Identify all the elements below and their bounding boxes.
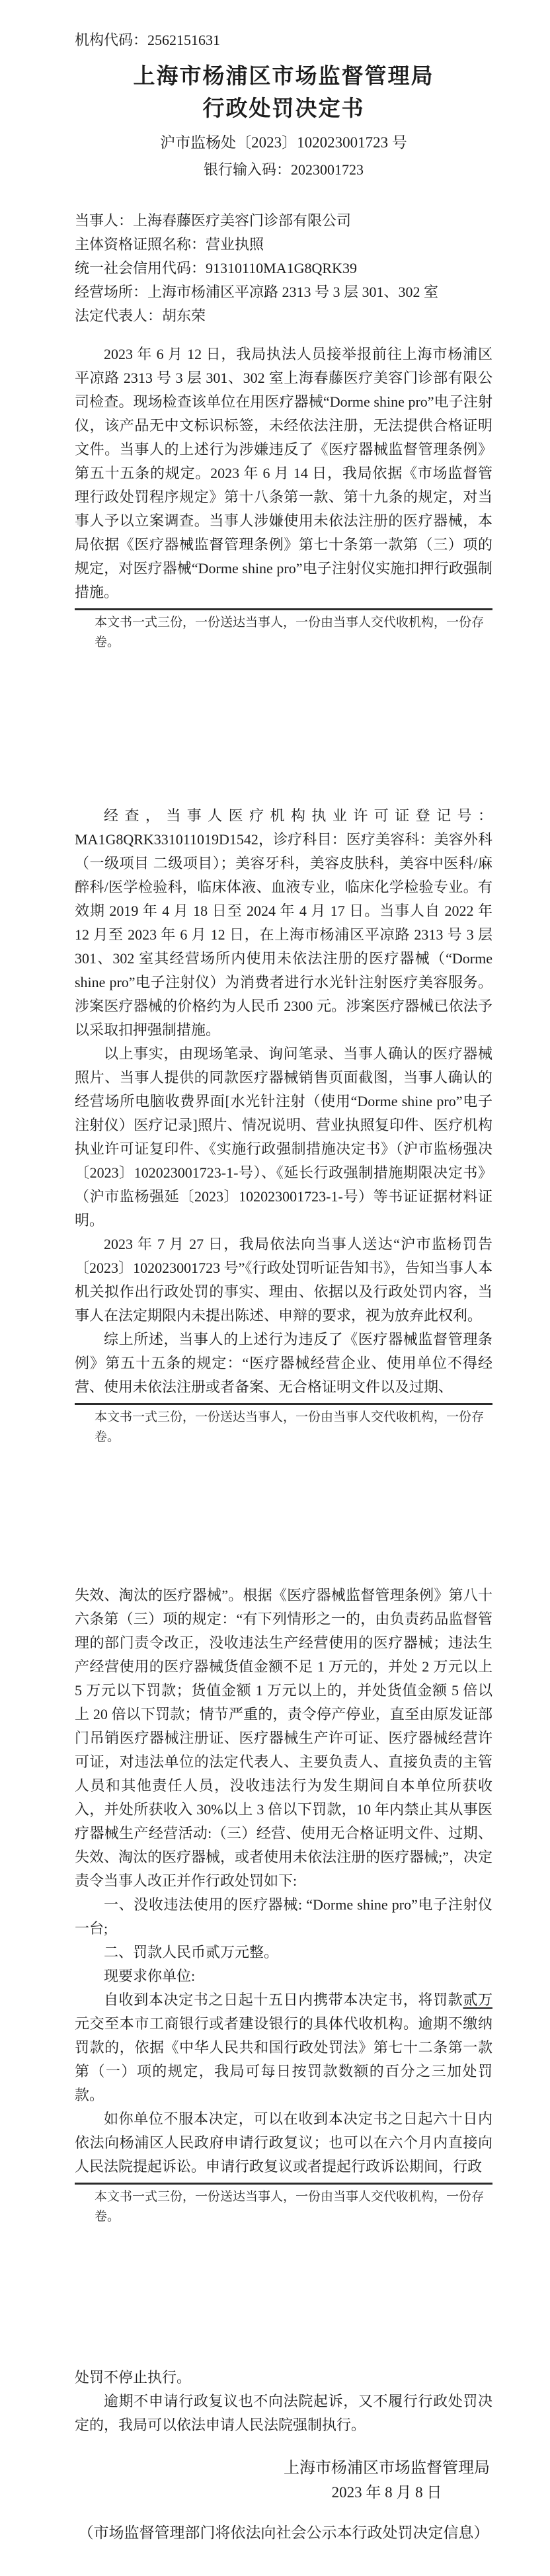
paragraph-appeal-part2: 处罚不停止执行。 [75, 2366, 492, 2390]
org-code: 机构代码：2562151631 [75, 0, 492, 50]
payment-text-pre: 自收到本决定书之日起十五日内携带本决定书，将罚款 [104, 1992, 463, 2008]
party-legal-representative: 法定代表人：胡东荣 [75, 304, 492, 328]
paragraph-conclusion-part1: 综上所述，当事人的上述行为违反了《医疗器械监督管理条例》第五十五条的规定：“医疗… [75, 1328, 492, 1399]
footer-divider-line [75, 2183, 492, 2185]
page-1-content: 机构代码：2562151631 上海市杨浦区市场监督管理局行政处罚决定书 沪市监… [0, 0, 550, 653]
payment-text-post: 元交至本市工商银行或者建设银行的具体代收机构。逾期不缴纳罚款的，依据《中华人民共… [75, 2015, 492, 2103]
bank-input-code: 银行输入码：2023001723 [75, 160, 492, 180]
copy-distribution-note: 本文书一式三份，一份送达当事人，一份由当事人交代收机构，一份存卷。 [75, 1408, 492, 1447]
payment-amount-underlined: 贰万 [463, 1992, 492, 2008]
paragraph-requirement: 现要求你单位: [75, 1964, 492, 1988]
page-1-footer: 本文书一式三份，一份送达当事人，一份由当事人交代收机构，一份存卷。 [75, 608, 492, 653]
party-license-type: 主体资格证照名称：营业执照 [75, 233, 492, 257]
document-title-type: 行政处罚决定书 [203, 97, 365, 121]
page-3-content: 失效、淘汰的医疗器械”。根据《医疗器械监督管理条例》第八十六条第（三）项的规定：… [0, 1584, 550, 2227]
signature-block: 上海市杨浦区市场监督管理局 2023 年 8 月 8 日 [281, 2456, 492, 2505]
page-4: 处罚不停止执行。 逾期不申请行政复议也不向法院起诉，又不履行行政处罚决定的，我局… [0, 2366, 550, 2576]
paragraph-license-check: 经查，当事人医疗机构执业许可证登记号：MA1G8QRK331011019D154… [75, 804, 492, 1042]
page-2: 经查，当事人医疗机构执业许可证登记号：MA1G8QRK331011019D154… [0, 804, 550, 1584]
page-3: 失效、淘汰的医疗器械”。根据《医疗器械监督管理条例》第八十六条第（三）项的规定：… [0, 1584, 550, 2366]
page-2-footer: 本文书一式三份，一份送达当事人，一份由当事人交代收机构，一份存卷。 [75, 1403, 492, 1447]
copy-distribution-note: 本文书一式三份，一份送达当事人，一份由当事人交代收机构，一份存卷。 [75, 2187, 492, 2227]
page-4-content: 处罚不停止执行。 逾期不申请行政复议也不向法院起诉，又不履行行政处罚决定的，我局… [0, 2366, 550, 2544]
paragraph-evidence: 以上事实，由现场笔录、询问笔录、当事人确认的医疗器械照片、当事人提供的同款医疗器… [75, 1042, 492, 1232]
paragraph-appeal-part1: 如你单位不服本决定，可以在收到本决定书之日起六十日内依法向杨浦区人民政府申请行政… [75, 2107, 492, 2179]
party-info-block: 当事人：上海春藤医疗美容门诊部有限公司 主体资格证照名称：营业执照 统一社会信用… [75, 209, 492, 328]
party-name: 当事人：上海春藤医疗美容门诊部有限公司 [75, 209, 492, 233]
document-title-authority: 上海市杨浦区市场监督管理局 [134, 65, 434, 89]
penalty-decision-document: { "doc": { "org_code": "机构代码：2562151631"… [0, 0, 550, 2576]
publicity-note: （市场监督管理部门将依法向社会公示本行政处罚决定信息） [75, 2522, 492, 2544]
penalty-item-fine: 二、罚款人民币贰万元整。 [75, 1941, 492, 1964]
paragraph-payment: 自收到本决定书之日起十五日内携带本决定书，将罚款贰万元交至本市工商银行或者建设银… [75, 1988, 492, 2107]
party-credit-code: 统一社会信用代码：91310110MA1G8QRK39 [75, 257, 492, 280]
paragraph-hearing-notice: 2023 年 7 月 27 日，我局依法向当事人送达“沪市监杨罚告〔2023〕1… [75, 1232, 492, 1328]
page-1: 机构代码：2562151631 上海市杨浦区市场监督管理局行政处罚决定书 沪市监… [0, 0, 550, 804]
copy-distribution-note: 本文书一式三份，一份送达当事人，一份由当事人交代收机构，一份存卷。 [75, 613, 492, 653]
footer-divider-line [75, 1403, 492, 1405]
document-number: 沪市监杨处〔2023〕102023001723 号 [75, 132, 492, 153]
signature-authority: 上海市杨浦区市场监督管理局 [281, 2456, 492, 2481]
party-address: 经营场所：上海市杨浦区平凉路 2313 号 3 层 301、302 室 [75, 280, 492, 304]
penalty-item-confiscation: 一、没收违法使用的医疗器械: “Dorme shine pro”电子注射仪一台; [75, 1893, 492, 1941]
document-title: 上海市杨浦区市场监督管理局行政处罚决定书 [75, 61, 492, 126]
footer-divider-line [75, 608, 492, 610]
page-2-content: 经查，当事人医疗机构执业许可证登记号：MA1G8QRK331011019D154… [0, 804, 550, 1447]
paragraph-investigation: 2023 年 6 月 12 日，我局执法人员接举报前往上海市杨浦区平凉路 231… [75, 342, 492, 604]
paragraph-enforcement: 逾期不申请行政复议也不向法院起诉，又不履行行政处罚决定的，我局可以依法申请人民法… [75, 2390, 492, 2437]
signature-date: 2023 年 8 月 8 日 [281, 2481, 492, 2505]
page-3-footer: 本文书一式三份，一份送达当事人，一份由当事人交代收机构，一份存卷。 [75, 2183, 492, 2227]
paragraph-conclusion-part2: 失效、淘汰的医疗器械”。根据《医疗器械监督管理条例》第八十六条第（三）项的规定：… [75, 1584, 492, 1893]
